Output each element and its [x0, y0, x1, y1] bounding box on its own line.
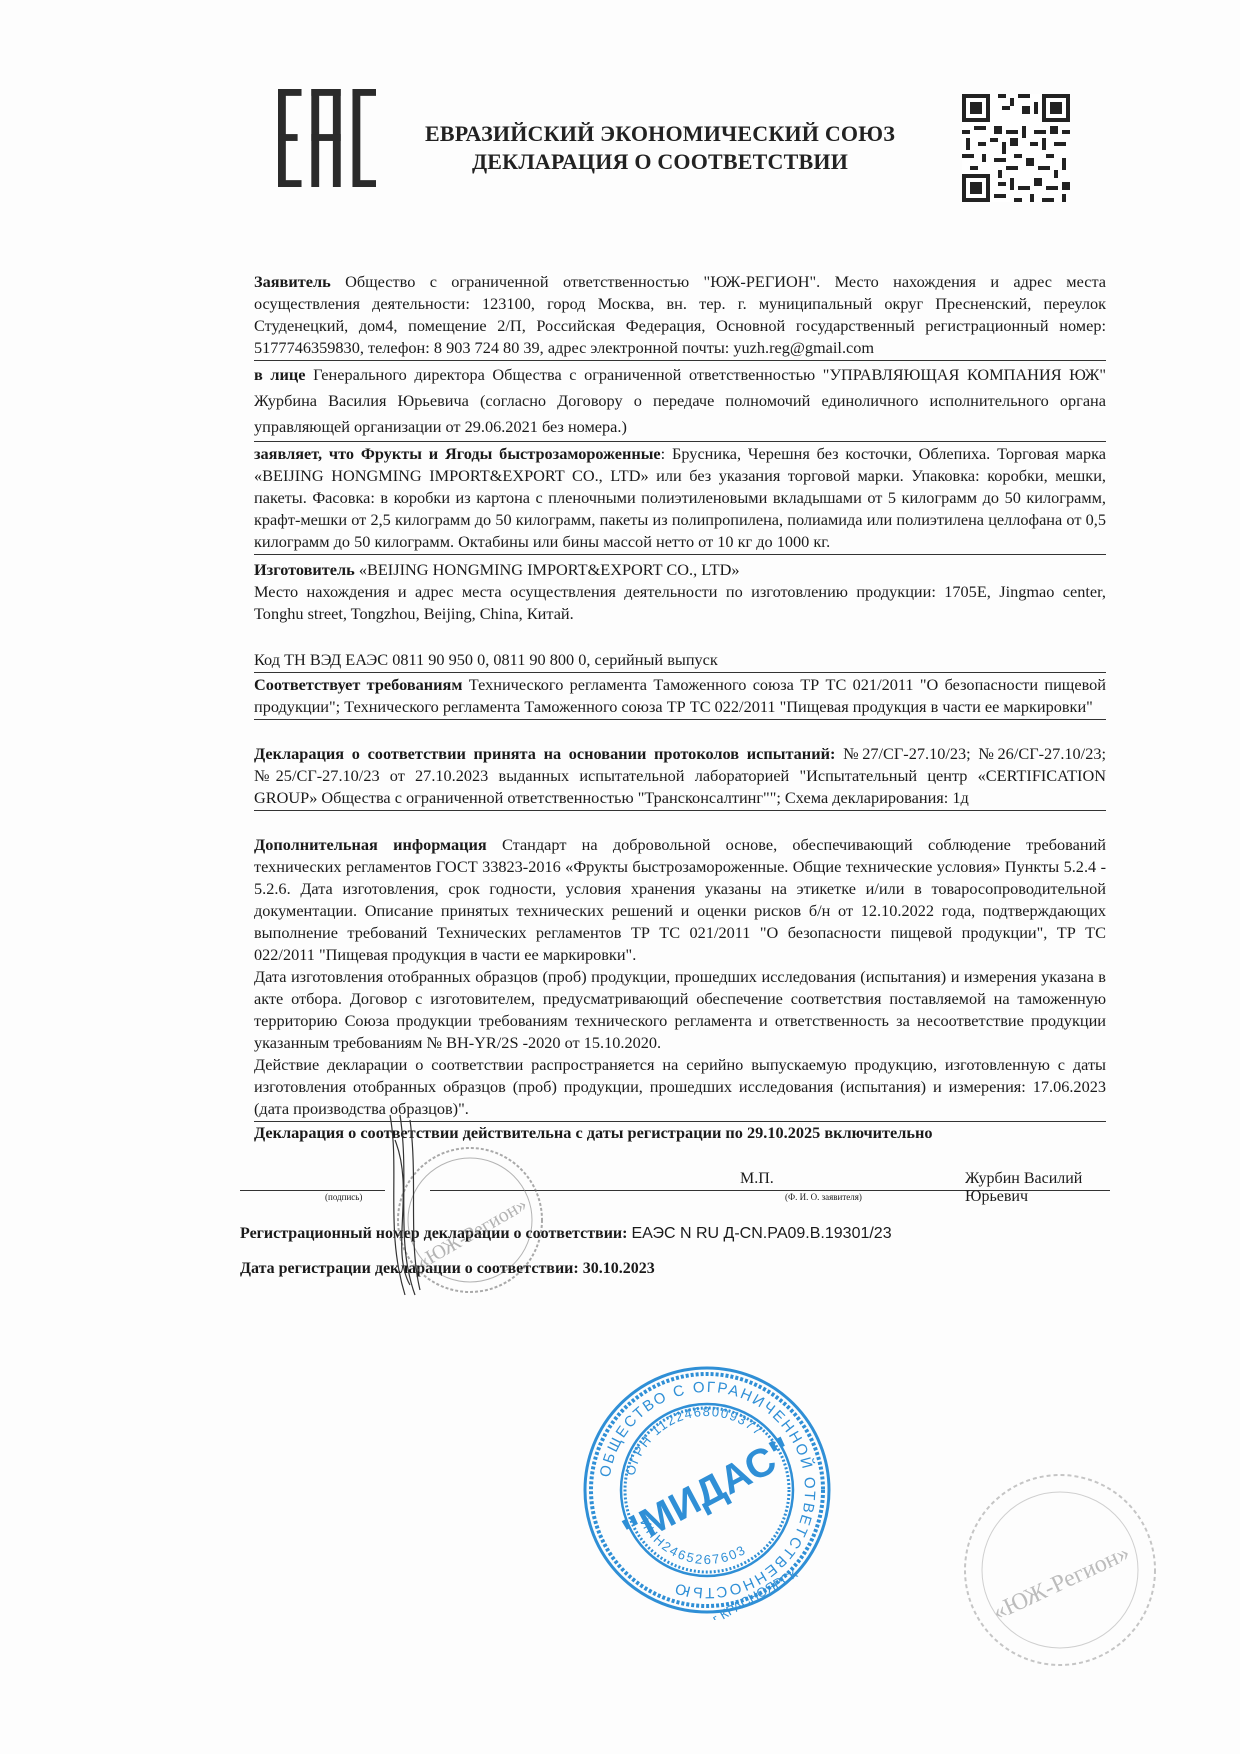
manufacturer-label: Изготовитель [254, 560, 355, 579]
applicant-text: Общество с ограниченной ответственностью… [254, 272, 1106, 357]
hs-code-section: Код ТН ВЭД ЕАЭС 0811 90 950 0, 0811 90 8… [254, 648, 1106, 673]
additional-info-text-1: Стандарт на добровольной основе, обеспеч… [254, 835, 1106, 964]
product-section: заявляет, что Фрукты и Ягоды быстрозамор… [254, 442, 1106, 555]
registration-number: Регистрационный номер декларации о соотв… [240, 1225, 892, 1243]
document-title: ЕВРАЗИЙСКИЙ ЭКОНОМИЧЕСКИЙ СОЮЗ ДЕКЛАРАЦИ… [400, 120, 920, 176]
manufacturer-name: «BEIJING HONGMING IMPORT&EXPORT CO., LTD… [359, 560, 740, 579]
yuzh-region-stamp-icon: «ЮЖ-Регион» [940, 1450, 1160, 1670]
additional-info-text-2: Дата изготовления отобранных образцов (п… [254, 966, 1106, 1054]
compliance-section: Соответствует требованиям Технического р… [254, 673, 1106, 720]
product-label: заявляет, что Фрукты и Ягоды быстрозамор… [254, 444, 661, 463]
signature-line [240, 1190, 385, 1191]
applicant-section: Заявитель Общество с ограниченной ответс… [254, 270, 1106, 361]
name-caption: (Ф. И. О. заявителя) [785, 1192, 862, 1202]
spacer [254, 720, 1106, 742]
compliance-label: Соответствует требованиям [254, 675, 462, 694]
eac-logo-icon [278, 88, 376, 186]
signature-scribble-icon [380, 1110, 440, 1300]
basis-section: Декларация о соответствии принята на осн… [254, 742, 1106, 811]
signature-caption: (подпись) [325, 1192, 362, 1202]
manufacturer-address: Место нахождения и адрес места осуществл… [254, 581, 1106, 625]
applicant-name: Журбин Василий Юрьевич [965, 1170, 1110, 1206]
applicant-label: Заявитель [254, 272, 331, 291]
additional-info-label: Дополнительная информация [254, 835, 487, 854]
spacer [254, 811, 1106, 833]
registration-number-value: ЕАЭС N RU Д-CN.РА09.В.19301/23 [631, 1225, 891, 1242]
signature-row: М.П. Журбин Василий Юрьевич [240, 1170, 1110, 1200]
title-declaration: ДЕКЛАРАЦИЯ О СООТВЕТСТВИИ [400, 148, 920, 176]
spacer [254, 626, 1106, 648]
representative-label: в лице [254, 365, 306, 384]
basis-label: Декларация о соответствии принята на осн… [254, 744, 835, 763]
representative-section: в лице Генерального директора Общества с… [254, 361, 1106, 442]
grey-stamp-text: «ЮЖ-Регион» [989, 1540, 1134, 1626]
representative-text: Генерального директора Общества с ограни… [254, 365, 1106, 436]
midas-stamp-icon: ОБЩЕСТВО С ОГРАНИЧЕННОЙ ОТВЕТСТВЕННОСТЬЮ… [577, 1360, 837, 1620]
declaration-page: ЕВРАЗИЙСКИЙ ЭКОНОМИЧЕСКИЙ СОЮЗ ДЕКЛАРАЦИ… [0, 0, 1240, 1754]
manufacturer-section: Изготовитель «BEIJING HONGMING IMPORT&EX… [254, 555, 1106, 626]
additional-info-section: Дополнительная информация Стандарт на до… [254, 833, 1106, 1122]
hs-code-text: Код ТН ВЭД ЕАЭС 0811 90 950 0, 0811 90 8… [254, 649, 1106, 671]
qr-code-icon [962, 93, 1070, 203]
declaration-body: Заявитель Общество с ограниченной ответс… [254, 270, 1106, 1144]
title-union: ЕВРАЗИЙСКИЙ ЭКОНОМИЧЕСКИЙ СОЮЗ [400, 120, 920, 148]
seal-place-label: М.П. [740, 1170, 774, 1188]
registration-date-value: 30.10.2023 [583, 1260, 655, 1277]
